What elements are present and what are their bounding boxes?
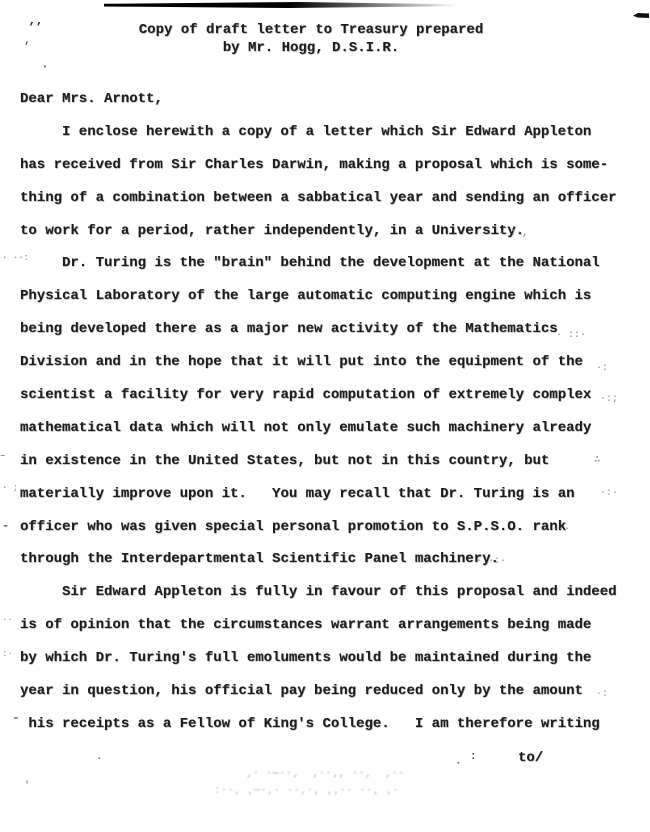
paragraph-2-line-2: Physical Laboratory of the large automat… [20,280,640,313]
paragraph-2-line-5: scientist a facility for very rapid comp… [20,379,640,412]
paragraph-2-line-7: in existence in the United States, but n… [20,445,640,478]
paragraph-3-line-2: is of opinion that the circumstances war… [20,609,640,642]
scan-smudge-line [104,2,460,8]
trail-specks: · ::· [556,331,586,341]
margin-specks: · ; [2,484,18,493]
paragraph-1-line-2: has received from Sir Charles Darwin, ma… [20,149,640,182]
continuation-mark: to/ [518,750,543,766]
paragraph-3-line-5: his receipts as a Fellow of King's Colle… [20,708,640,741]
paragraph-2-line-10: through the Interdepartmental Scientific… [20,543,640,576]
margin-dash: - [2,520,9,532]
dot-speck: · [455,759,462,770]
dark-speck: : [470,752,477,763]
paragraph-1-line-3: thing of a combination between a sabbati… [20,182,640,215]
trail-specks: ·: [596,364,608,374]
paragraph-3-line-1: Sir Edward Appleton is fully in favour o… [20,576,640,609]
letter-heading: Copy of draft letter to Treasury prepare… [0,21,650,57]
trail-specks: ·:· [600,489,618,499]
margin-specks: ·· [2,616,13,625]
paragraph-2-line-3: being developed there as a major new act… [20,313,640,346]
paragraph-3-line-4: year in question, his official pay being… [20,675,640,708]
salutation-line: Dear Mrs. Arnott, [20,83,640,116]
scanned-letter-page: Copy of draft letter to Treasury prepare… [0,0,650,832]
comma-speck: , [24,36,31,47]
letter-body: Dear Mrs. Arnott,I enclose herewith a co… [20,83,640,741]
trail-specks: · :·, [498,229,528,239]
dot-speck: . [96,752,103,763]
ghost-text-row: :··‚ ‚—·‚· ··‚·‚ ‚‚·· ··‚ ‚· [214,786,399,797]
margin-dash: – [0,452,5,461]
ghost-text-row: ‚· ·—··‚ ‚··‚, ··, ‚·· [246,769,404,780]
paragraph-2-line-4: Division and in the hope that it will pu… [20,346,640,379]
paragraph-2-line-8: materially improve upon it. You may reca… [20,478,640,511]
scan-edge-dash [633,13,649,18]
double-tick-mark: ’’ [28,22,42,34]
trail-specks: ·:; [600,395,618,405]
trail-specks: · ·:· [476,557,506,567]
paragraph-3-line-3: by which Dr. Turing's full emoluments wo… [20,642,640,675]
speck: ' [24,782,30,792]
margin-specks: · ··: [2,254,29,263]
cut-word-mark: ˉ [12,716,20,729]
dot-speck: · [41,60,49,73]
paragraph-1-line-1: I enclose herewith a copy of a letter wh… [20,116,640,149]
paragraph-2-line-6: mathematical data which will not only em… [20,412,640,445]
trail-specks: ∴ [594,456,600,466]
trail-specks: ·: [596,690,608,700]
paragraph-2-line-1: Dr. Turing is the "brain" behind the dev… [20,247,640,280]
paragraph-2-line-9: officer who was given special personal p… [20,511,640,544]
trail-specks: ··· [552,525,570,535]
paragraph-1-line-4: to work for a period, rather independent… [20,215,640,248]
margin-specks: :· [2,650,13,659]
heading-line-2: by Mr. Hogg, D.S.I.R. [0,39,622,57]
heading-line-1: Copy of draft letter to Treasury prepare… [0,21,622,39]
